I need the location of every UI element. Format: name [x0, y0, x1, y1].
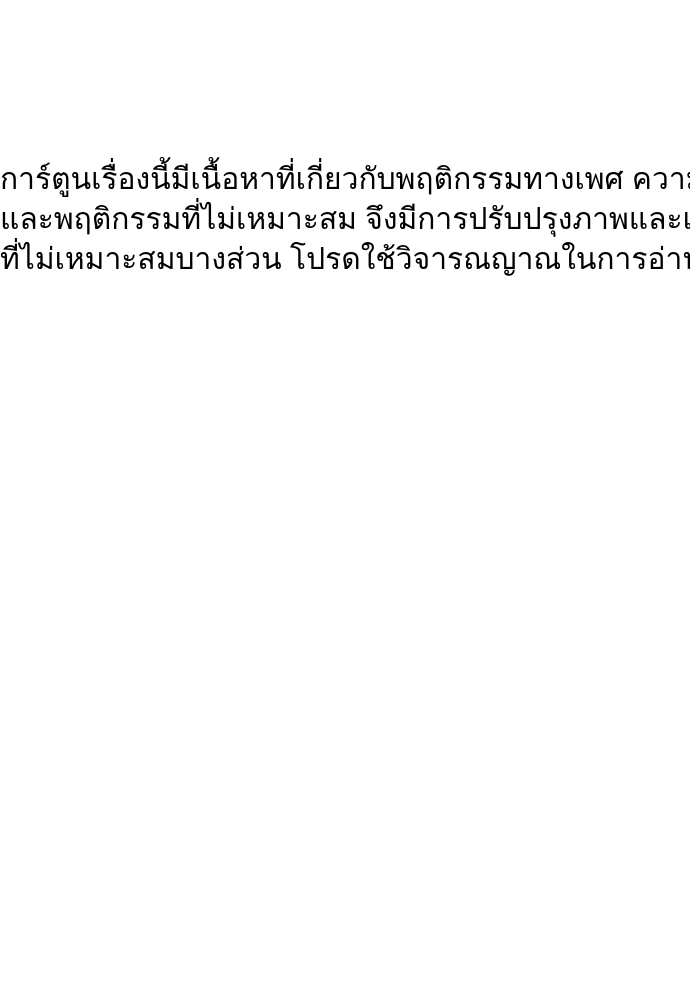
content-warning-text: การ์ตูนเรื่องนี้มีเนื้อหาที่เกี่ยวกับพฤต…: [0, 160, 690, 280]
blank-page: การ์ตูนเรื่องนี้มีเนื้อหาที่เกี่ยวกับพฤต…: [0, 0, 690, 1000]
content-warning-line-1: การ์ตูนเรื่องนี้มีเนื้อหาที่เกี่ยวกับพฤต…: [0, 160, 690, 200]
content-warning-line-2: และพฤติกรรมที่ไม่เหมาะสม จึงมีการปรับปรุ…: [0, 200, 690, 240]
content-warning-line-3: ที่ไม่เหมาะสมบางส่วน โปรดใช้วิจารณญาณในก…: [0, 240, 690, 280]
